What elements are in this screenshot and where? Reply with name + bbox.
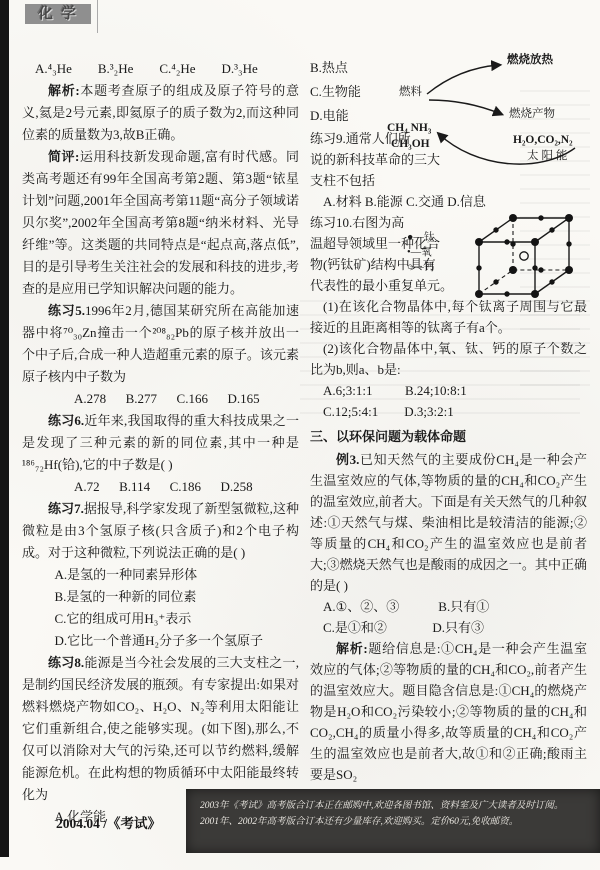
analysis-3-text: 题给信息是:①CH₄是一种会产生温室效应的气体;②等物质的量的CH₄和CO₂,前…: [310, 641, 587, 782]
page-footer-issue: 2004.04 /《考试》: [56, 812, 161, 832]
example-3-label: 例3.: [336, 452, 359, 467]
subscription-ad-box: 2003年《考试》高考版合订本正在邮购中,欢迎各图书馆、资料室及广大读者及时订阅…: [186, 789, 600, 853]
label-regenerated-fuels-1: CH₄ NH₃: [387, 122, 431, 135]
ad-line-1: 2003年《考试》高考版合订本正在邮购中,欢迎各图书馆、资料室及广大读者及时订阅…: [200, 798, 590, 814]
scanned-magazine-page: { "page": { "badge": "化学", "footer_left"…: [0, 0, 600, 870]
paragraph-analysis-example-3: 解析:题给信息是:①CH₄是一种会产生温室效应的气体;②等物质的量的CH₄和CO…: [310, 638, 587, 785]
label-regenerated-fuels-2: CH₃OH: [391, 138, 430, 151]
option-row-exercise-5: A.278 B.277 C.166 D.165: [22, 388, 299, 410]
section-3-heading: 三、以环保问题为载体命题: [310, 426, 587, 447]
option-row-example-3-ab: A.①、②、③ B.只有①: [310, 596, 587, 617]
fuel-cycle-diagram: 燃料 燃烧放热 燃烧产物 CH₄ NH₃ CH₃OH H₂O,CO₂,N₂ 太阳…: [387, 52, 593, 172]
label-fuel: 燃料: [399, 86, 422, 99]
left-column: A.⁴₃He B.³₂He C.⁴₂He D.³₃He 解析:本题考查原子的组成…: [22, 58, 299, 828]
analysis-label: 解析:: [48, 83, 80, 98]
exercise-10-question-1: (1)在该化合物晶体中,每个钛离子周围与它最接近的且距离相等的钛离子有a个。: [310, 296, 587, 338]
section-badge-chemistry: 化学: [25, 4, 91, 24]
unit-cell-cube: [465, 206, 587, 302]
exercise-6-label: 练习6.: [48, 413, 84, 428]
example-3-text: 已知天然气的主要成份CH₄是一种会产生温室效应的气体,等物质的量的CH₄和CO₂…: [310, 452, 587, 593]
cube-front-face: [479, 242, 535, 294]
legend-calcium: ○—钙: [407, 260, 434, 275]
label-combustion-heat: 燃烧放热: [507, 54, 553, 67]
legend-oxygen: •—氧: [407, 245, 434, 260]
paragraph-commentary: 简评:运用科技新发现命题,富有时代感。同类高考题还有99年全国高考第2题、第3题…: [22, 146, 299, 300]
cube-top-face: [479, 218, 569, 242]
paragraph-exercise-7: 练习7.据报导,科学家发现了新型氢微粒,这种微粒是由3个氢原子核(只含质子)和2…: [22, 498, 299, 564]
exercise-9-line-3: 支柱不包括: [310, 170, 587, 191]
paragraph-exercise-5: 练习5.1996年2月,德国某研究所在高能加速器中将⁷⁰₃₀Zn撞击一个²⁰⁸₈…: [22, 300, 299, 388]
exercise-7-option-b: B.是氢的一种新的同位素: [22, 586, 299, 608]
label-combustion-products: 燃烧产物: [509, 108, 555, 121]
commentary-text: 运用科技新发现命题,富有时代感。同类高考题还有99年全国高考第2题、第3题“铱星…: [22, 149, 299, 296]
legend-titanium: ●—钛: [407, 230, 434, 245]
right-column: 燃料 燃烧放热 燃烧产物 CH₄ NH₃ CH₃OH H₂O,CO₂,N₂ 太阳…: [310, 56, 587, 785]
arrow-fuel-to-products: [429, 100, 501, 114]
option-row-exercise-10-ab: A.6;3:1:1 B.24;10:8:1: [310, 380, 587, 401]
exercise-7-option-a: A.是氢的一种同素异形体: [22, 564, 299, 586]
arrow-fuel-to-heat: [427, 65, 499, 94]
exercise-10-question-2: (2)该化合物晶体中,氧、钛、钙的原子个数之比为b,则a、b是:: [310, 338, 587, 380]
exercise-8-label: 练习8.: [48, 655, 84, 670]
paragraph-example-3: 例3.已知天然气的主要成份CH₄是一种会产生温室效应的气体,等物质的量的CH₄和…: [310, 449, 587, 596]
paragraph-exercise-6: 练习6.近年来,我国取得的重大科技成果之一是发现了三种元素的新的同位素,其中一种…: [22, 410, 299, 476]
exercise-8-text: 能源是当今社会发展的三大支柱之一,是制约国民经济发展的瓶颈。有专家提出:如果对燃…: [22, 655, 299, 802]
perovskite-cell-diagram: ●—钛 •—氧 ○—钙: [407, 206, 587, 302]
calcium-atom: [520, 252, 528, 260]
label-solar-energy: 太阳能: [527, 150, 571, 163]
exercise-7-option-c: C.它的组成可用H₃⁺表示: [22, 608, 299, 630]
exercise-7-label: 练习7.: [48, 501, 84, 516]
badge-divider-line: [97, 0, 98, 33]
option-row-example-3-cd: C.是①和② D.只有③: [310, 617, 587, 638]
cube-legend: ●—钛 •—氧 ○—钙: [407, 230, 434, 275]
analysis-3-label: 解析:: [336, 641, 368, 656]
option-row-helium-isotopes: A.⁴₃He B.³₂He C.⁴₂He D.³₃He: [22, 58, 299, 80]
ad-line-2: 2001年、2002年高考版合订本还有少量库存,欢迎购买。定价60元,免收邮资。: [200, 814, 590, 830]
paragraph-analysis-example: 解析:本题考查原子的组成及原子符号的意义,氦是2号元素,即氦原子的质子数为2,而…: [22, 80, 299, 146]
exercise-7-option-d: D.它比一个普通H₂分子多一个氢原子: [22, 630, 299, 652]
option-row-exercise-10-cd: C.12;5:4:1 D.3;3:2:1: [310, 401, 587, 422]
page-edge-black-strip: [0, 0, 9, 857]
paragraph-exercise-8: 练习8.能源是当今社会发展的三大支柱之一,是制约国民经济发展的瓶颈。有专家提出:…: [22, 652, 299, 806]
option-row-exercise-6: A.72 B.114 C.186 D.258: [22, 476, 299, 498]
commentary-label: 简评:: [48, 149, 79, 164]
label-input-molecules: H₂O,CO₂,N₂: [513, 134, 573, 147]
exercise-5-label: 练习5.: [48, 303, 85, 318]
